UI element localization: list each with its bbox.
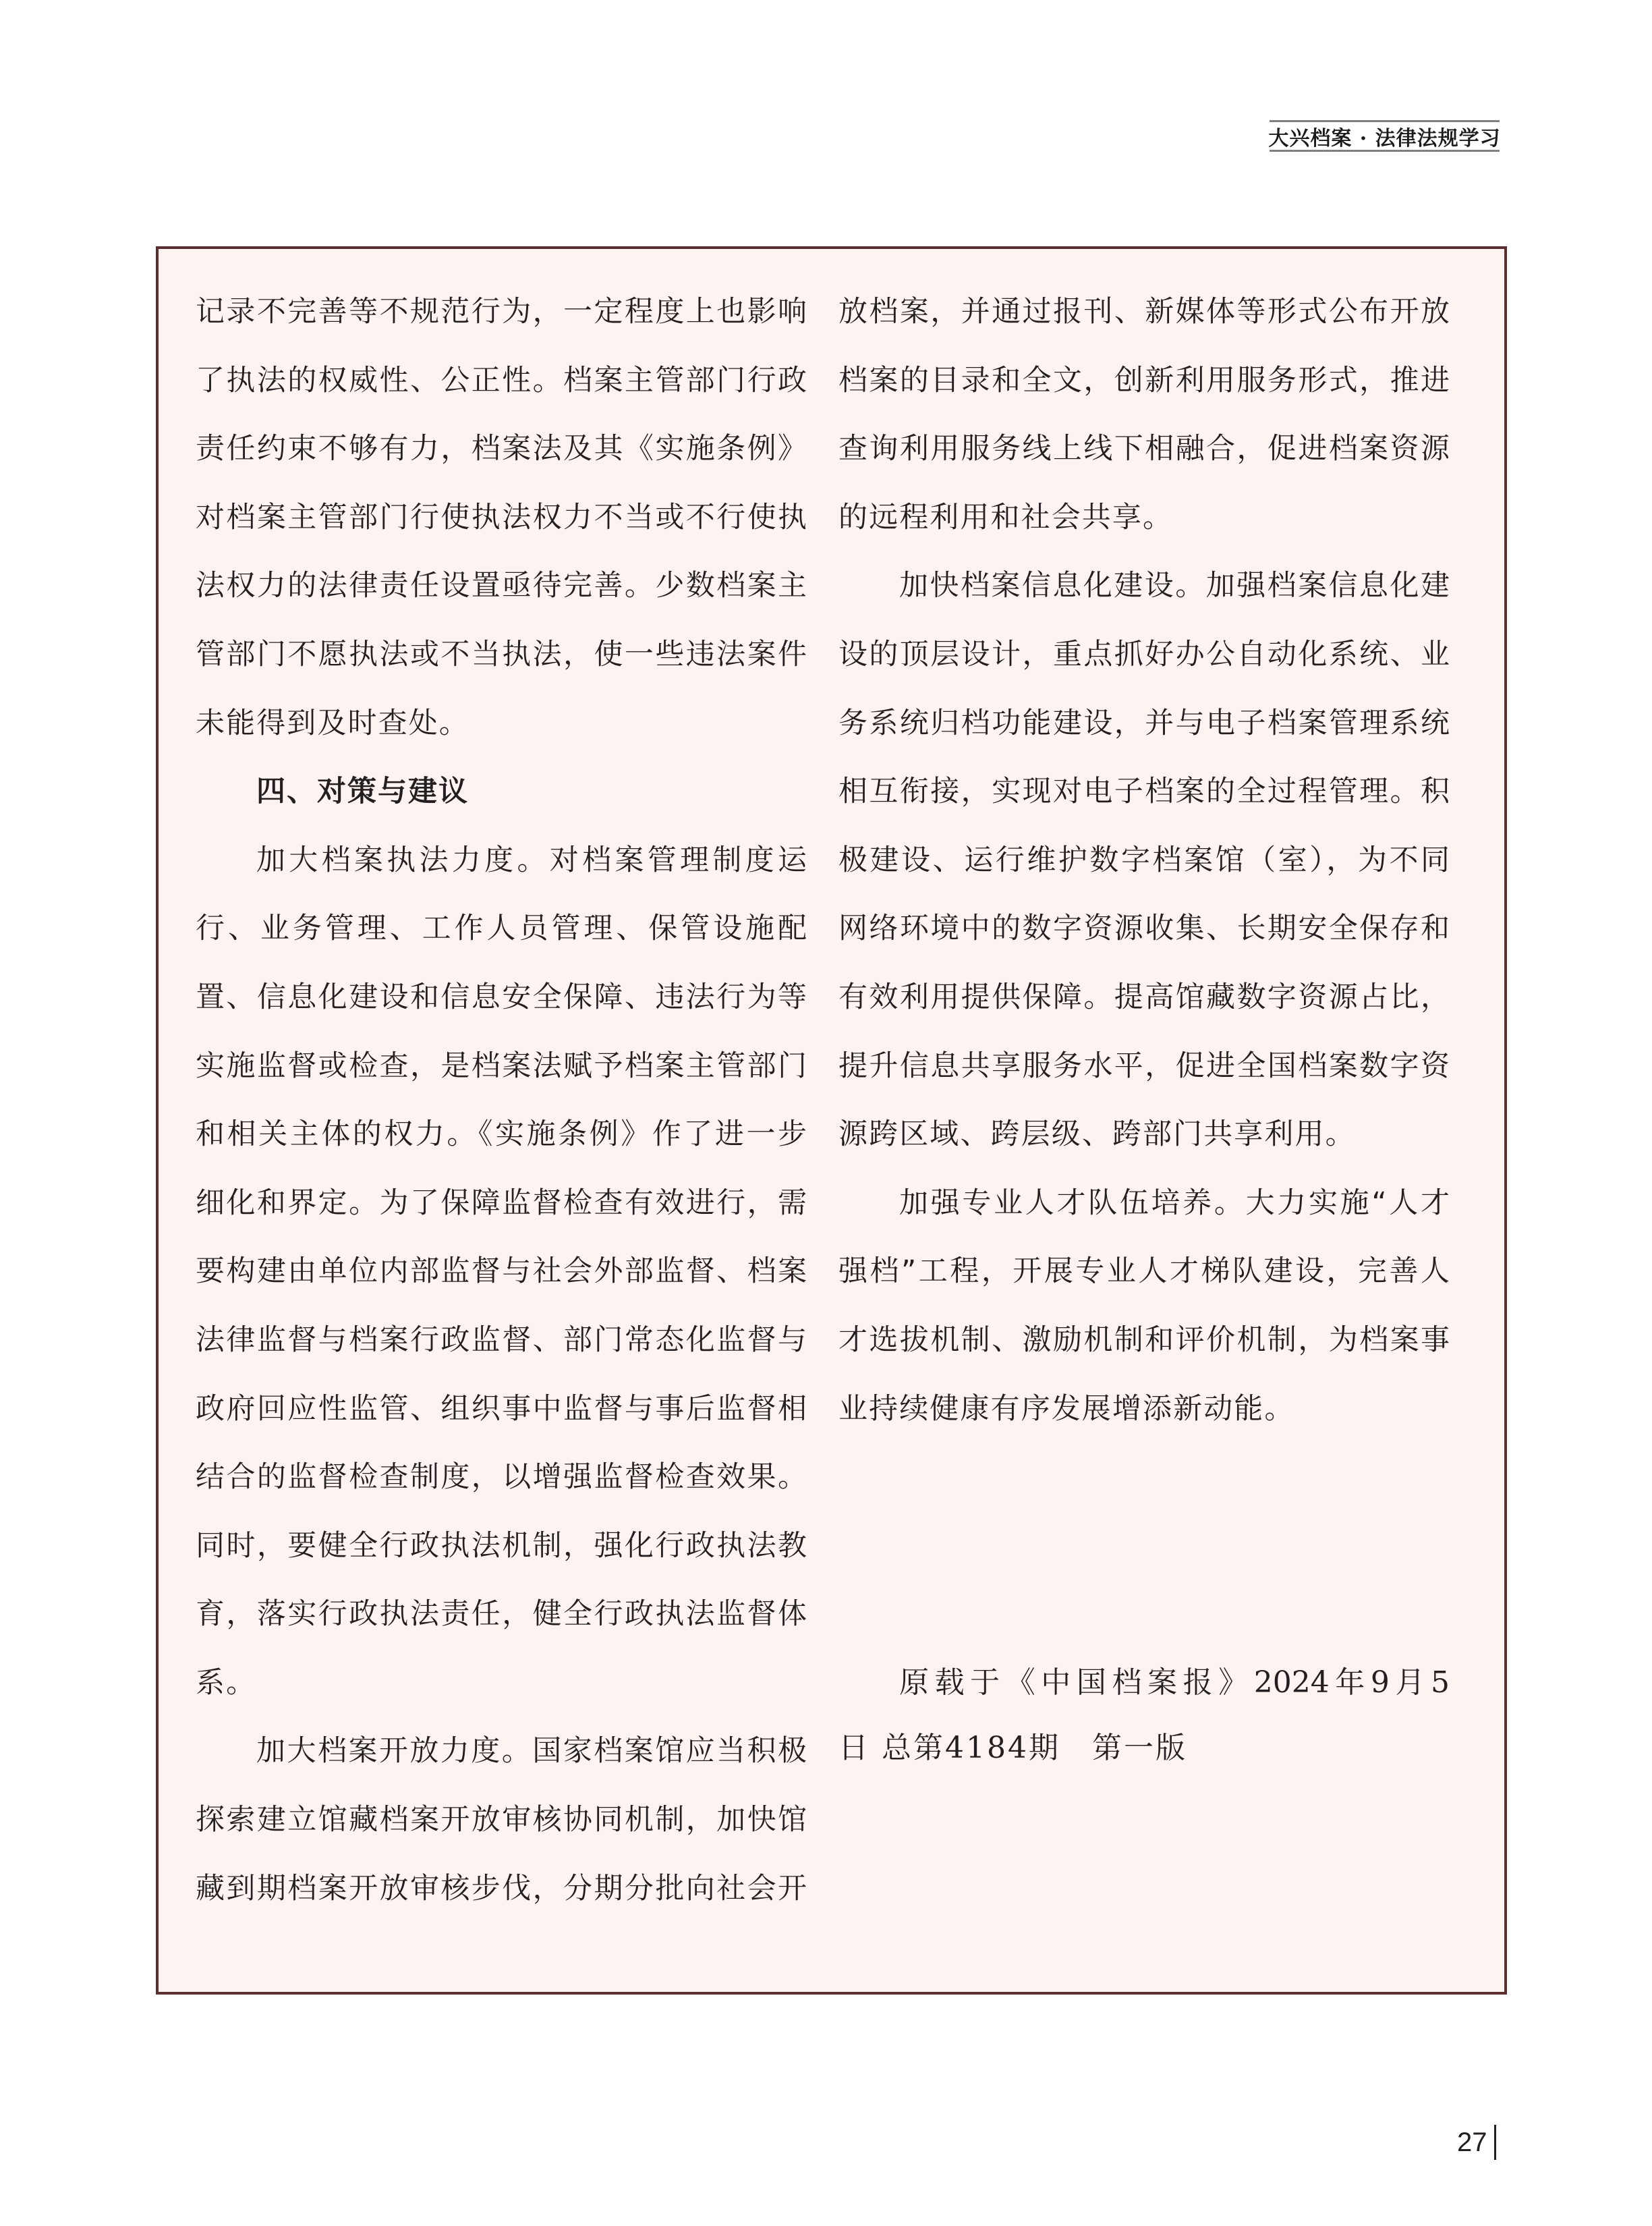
text-line: 相互衔接，实现对电子档案的全过程管理。积 [838, 773, 1450, 842]
text-line: 要构建由单位内部监督与社会外部监督、档案 [196, 1253, 807, 1322]
source-note-line-2: 日 总第4184期 第一版 [838, 1730, 1450, 1796]
text-line: 查询利用服务线上线下相融合，促进档案资源 [838, 430, 1450, 499]
text-line: 网络环境中的数字资源收集、长期安全保存和 [838, 910, 1450, 979]
page-number-value: 27 [1457, 2127, 1487, 2158]
text-line: 务系统归档功能建设，并与电子档案管理系统 [838, 705, 1450, 774]
text-line: 有效利用提供保障。提高馆藏数字资源占比， [838, 979, 1450, 1048]
text-line: 了执法的权威性、公正性。档案主管部门行政 [196, 362, 807, 431]
left-column: 记录不完善等不规范行为，一定程度上也影响 了执法的权威性、公正性。档案主管部门行… [196, 294, 807, 1939]
paragraph-start: 加大档案开放力度。国家档案馆应当积极 [196, 1733, 807, 1802]
text-line: 记录不完善等不规范行为，一定程度上也影响 [196, 294, 807, 362]
text-line: 提升信息共享服务水平，促进全国档案数字资 [838, 1048, 1450, 1117]
paragraph-start: 加大档案执法力度。对档案管理制度运 [196, 842, 807, 911]
text-line: 的远程利用和社会共享。 [838, 499, 1450, 568]
text-line: 置、信息化建设和信息安全保障、违法行为等 [196, 979, 807, 1048]
text-line: 探索建立馆藏档案开放审核协同机制，加快馆 [196, 1802, 807, 1870]
spacer [838, 1459, 1450, 1528]
right-column: 放档案，并通过报刊、新媒体等形式公布开放 档案的目录和全文，创新利用服务形式，推… [838, 294, 1450, 1796]
text-line: 业持续健康有序发展增添新动能。 [838, 1391, 1450, 1459]
text-line: 细化和界定。为了保障监督检查有效进行，需 [196, 1185, 807, 1254]
text-line: 同时，要健全行政执法机制，强化行政执法教 [196, 1528, 807, 1596]
running-header: 大兴档案 · 法律法规学习 [1270, 120, 1500, 152]
text-line: 法权力的法律责任设置亟待完善。少数档案主 [196, 567, 807, 636]
text-line: 档案的目录和全文，创新利用服务形式，推进 [838, 362, 1450, 431]
page-number-rule [1494, 2125, 1496, 2160]
text-line: 系。 [196, 1665, 807, 1733]
text-line: 育，落实行政执法责任，健全行政执法监督体 [196, 1596, 807, 1665]
paragraph-start: 加快档案信息化建设。加强档案信息化建 [838, 567, 1450, 636]
text-line: 藏到期档案开放审核步伐，分期分批向社会开 [196, 1870, 807, 1939]
text-line: 管部门不愿执法或不当执法，使一些违法案件 [196, 636, 807, 705]
paragraph-start: 加强专业人才队伍培养。大力实施“人才 [838, 1185, 1450, 1254]
text-line: 法律监督与档案行政监督、部门常态化监督与 [196, 1322, 807, 1391]
text-line: 极建设、运行维护数字档案馆（室），为不同 [838, 842, 1450, 911]
text-line: 和相关主体的权力。《实施条例》作了进一步 [196, 1116, 807, 1185]
source-note-line-1: 原载于《中国档案报》2024年9月5 [838, 1665, 1450, 1730]
text-line: 责任约束不够有力，档案法及其《实施条例》 [196, 430, 807, 499]
text-line: 强档”工程，开展专业人才梯队建设，完善人 [838, 1253, 1450, 1322]
text-line: 对档案主管部门行使执法权力不当或不行使执 [196, 499, 807, 568]
spacer [838, 1596, 1450, 1665]
text-line: 放档案，并通过报刊、新媒体等形式公布开放 [838, 294, 1450, 362]
page-number: 27 [1457, 2125, 1496, 2159]
spacer [838, 1528, 1450, 1596]
text-line: 政府回应性监管、组织事中监督与事后监督相 [196, 1391, 807, 1459]
text-line: 实施监督或检查，是档案法赋予档案主管部门 [196, 1048, 807, 1117]
text-line: 源跨区域、跨层级、跨部门共享利用。 [838, 1116, 1450, 1185]
running-header-title: 大兴档案 · 法律法规学习 [1268, 121, 1500, 151]
text-line: 设的顶层设计，重点抓好办公自动化系统、业 [838, 636, 1450, 705]
text-line: 结合的监督检查制度，以增强监督检查效果。 [196, 1459, 807, 1528]
section-heading: 四、对策与建议 [196, 773, 807, 842]
text-line: 行、业务管理、工作人员管理、保管设施配 [196, 910, 807, 979]
text-line: 未能得到及时查处。 [196, 705, 807, 774]
text-line: 才选拔机制、激励机制和评价机制，为档案事 [838, 1322, 1450, 1391]
